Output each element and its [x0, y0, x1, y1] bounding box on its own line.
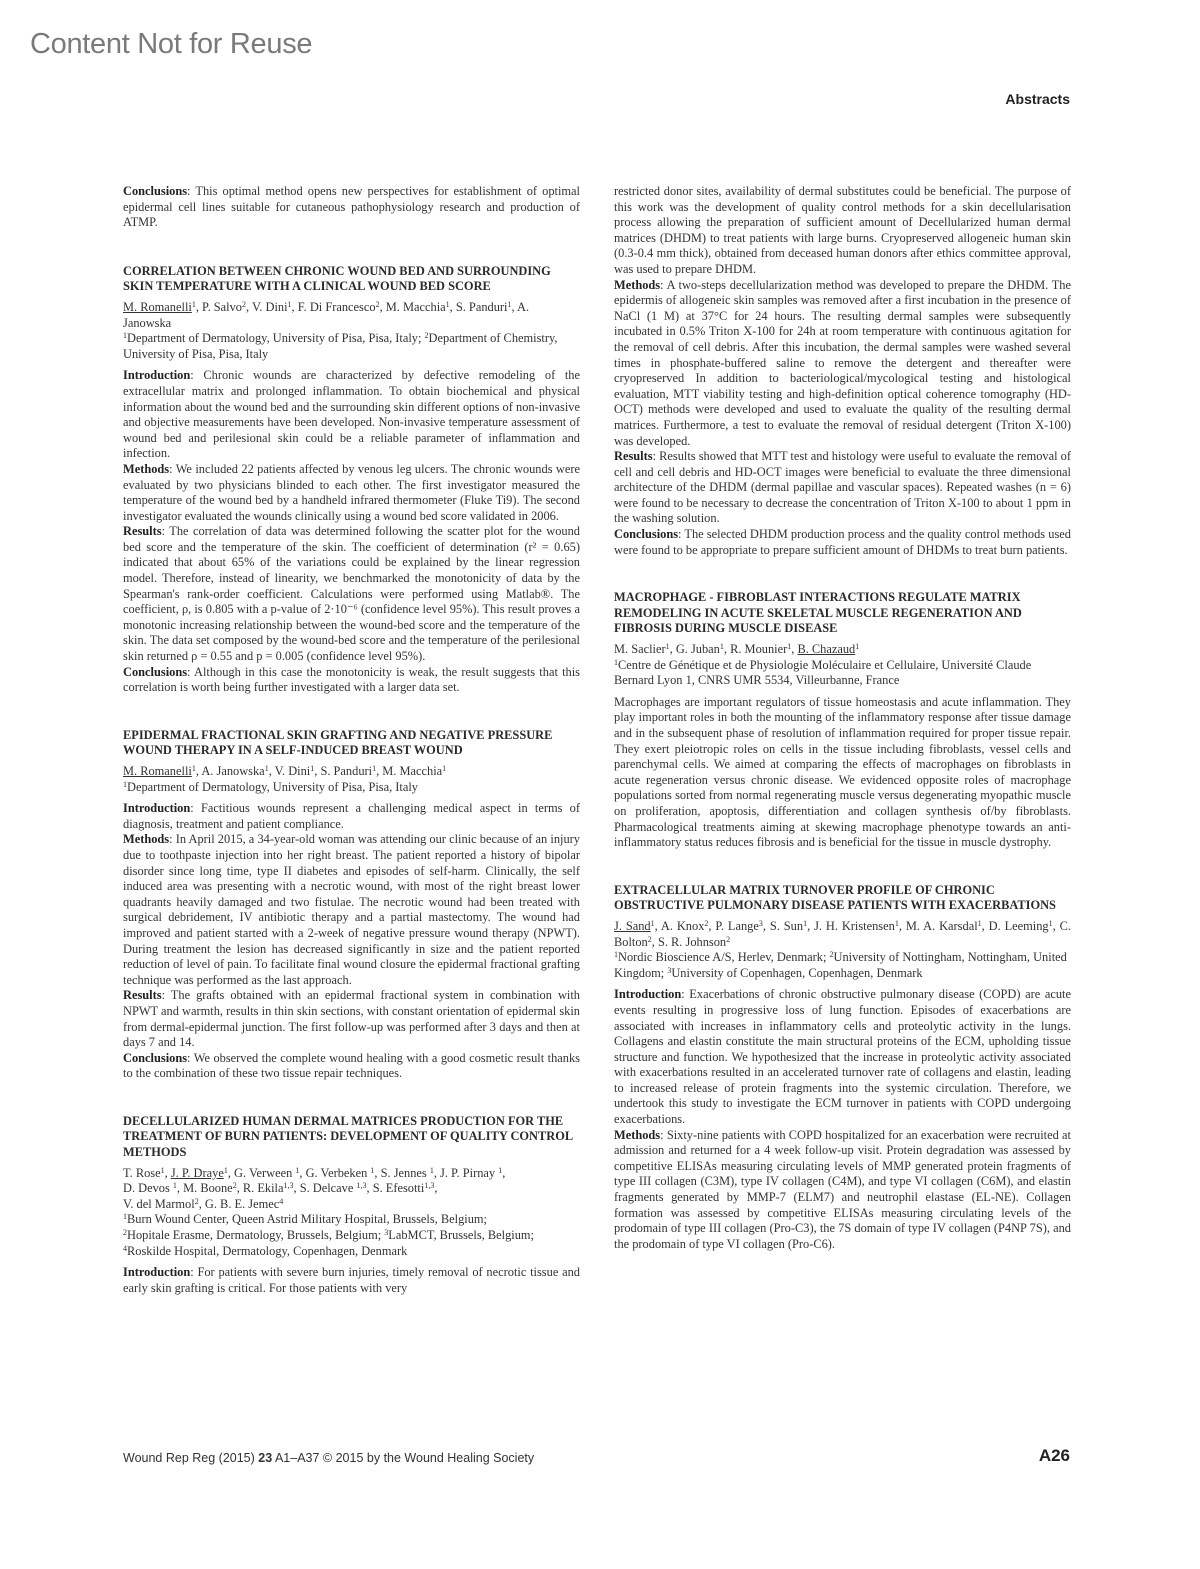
abstract-decellularized-matrices: DECELLULARIZED HUMAN DERMAL MATRICES PRO… [123, 1114, 580, 1297]
affiliations: 1Nordic Bioscience A/S, Herlev, Denmark;… [614, 950, 1071, 981]
abstract-wound-temperature: CORRELATION BETWEEN CHRONIC WOUND BED AN… [123, 264, 580, 696]
author-list: M. Romanelli1, P. Salvo2, V. Dini1, F. D… [123, 300, 580, 331]
conclusions-paragraph: Conclusions: We observed the complete wo… [123, 1051, 580, 1082]
abstract-title: EXTRACELLULAR MATRIX TURNOVER PROFILE OF… [614, 883, 1071, 914]
continued-abstract-fragment: Conclusions: This optimal method opens n… [123, 184, 580, 231]
results-paragraph: Results: Results showed that MTT test an… [614, 449, 1071, 527]
watermark: Content Not for Reuse [30, 28, 312, 61]
introduction-paragraph: Introduction: For patients with severe b… [123, 1265, 580, 1296]
abstract-title: DECELLULARIZED HUMAN DERMAL MATRICES PRO… [123, 1114, 580, 1161]
presenting-author: M. Romanelli [123, 764, 192, 778]
abstract-epidermal-grafting: EPIDERMAL FRACTIONAL SKIN GRAFTING AND N… [123, 728, 580, 1082]
introduction-paragraph: Introduction: Factitious wounds represen… [123, 801, 580, 832]
introduction-paragraph-continued: restricted donor sites, availability of … [614, 184, 1071, 278]
methods-paragraph: Methods: A two-steps decellularization m… [614, 278, 1071, 450]
conclusions-paragraph: Conclusions: This optimal method opens n… [123, 184, 580, 231]
author-list: M. Romanelli1, A. Janowska1, V. Dini1, S… [123, 764, 580, 780]
abstract-copd-ecm-turnover: EXTRACELLULAR MATRIX TURNOVER PROFILE OF… [614, 883, 1071, 1253]
affiliations: 1Centre de Génétique et de Physiologie M… [614, 658, 1071, 689]
abstract-decellularized-matrices-continued: restricted donor sites, availability of … [614, 184, 1071, 558]
abstract-body: Macrophages are important regulators of … [614, 695, 1071, 851]
left-column: Conclusions: This optimal method opens n… [123, 184, 580, 1328]
author-list: M. Saclier1, G. Juban1, R. Mounier1, B. … [614, 642, 1071, 658]
affiliations: 1Burn Wound Center, Queen Astrid Militar… [123, 1212, 580, 1259]
running-head: Abstracts [1005, 91, 1070, 107]
results-paragraph: Results: The grafts obtained with an epi… [123, 988, 580, 1050]
methods-paragraph: Methods: In April 2015, a 34-year-old wo… [123, 832, 580, 988]
abstract-title: EPIDERMAL FRACTIONAL SKIN GRAFTING AND N… [123, 728, 580, 759]
author-list: J. Sand1, A. Knox2, P. Lange3, S. Sun1, … [614, 919, 1071, 950]
affiliations: 1Department of Dermatology, University o… [123, 780, 580, 796]
conclusions-paragraph: Conclusions: Although in this case the m… [123, 665, 580, 696]
abstract-title: MACROPHAGE - FIBROBLAST INTERACTIONS REG… [614, 590, 1071, 637]
abstract-title: CORRELATION BETWEEN CHRONIC WOUND BED AN… [123, 264, 580, 295]
right-column: restricted donor sites, availability of … [614, 184, 1071, 1284]
methods-paragraph: Methods: Sixty-nine patients with COPD h… [614, 1128, 1071, 1253]
abstract-macrophage-fibroblast: MACROPHAGE - FIBROBLAST INTERACTIONS REG… [614, 590, 1071, 851]
methods-paragraph: Methods: We included 22 patients affecte… [123, 462, 580, 524]
affiliations: 1Department of Dermatology, University o… [123, 331, 580, 362]
presenting-author: M. Romanelli [123, 300, 192, 314]
introduction-paragraph: Introduction: Exacerbations of chronic o… [614, 987, 1071, 1127]
presenting-author: J. P. Draye [171, 1166, 224, 1180]
introduction-paragraph: Introduction: Chronic wounds are charact… [123, 368, 580, 462]
results-paragraph: Results: The correlation of data was det… [123, 524, 580, 664]
page-number: A26 [1039, 1446, 1070, 1466]
presenting-author: J. Sand [614, 919, 651, 933]
author-list: T. Rose1, J. P. Draye1, G. Verween 1, G.… [123, 1166, 580, 1213]
conclusions-paragraph: Conclusions: The selected DHDM productio… [614, 527, 1071, 558]
presenting-author: B. Chazaud [797, 642, 855, 656]
footer-citation: Wound Rep Reg (2015) 23 A1–A37 © 2015 by… [123, 1451, 534, 1465]
